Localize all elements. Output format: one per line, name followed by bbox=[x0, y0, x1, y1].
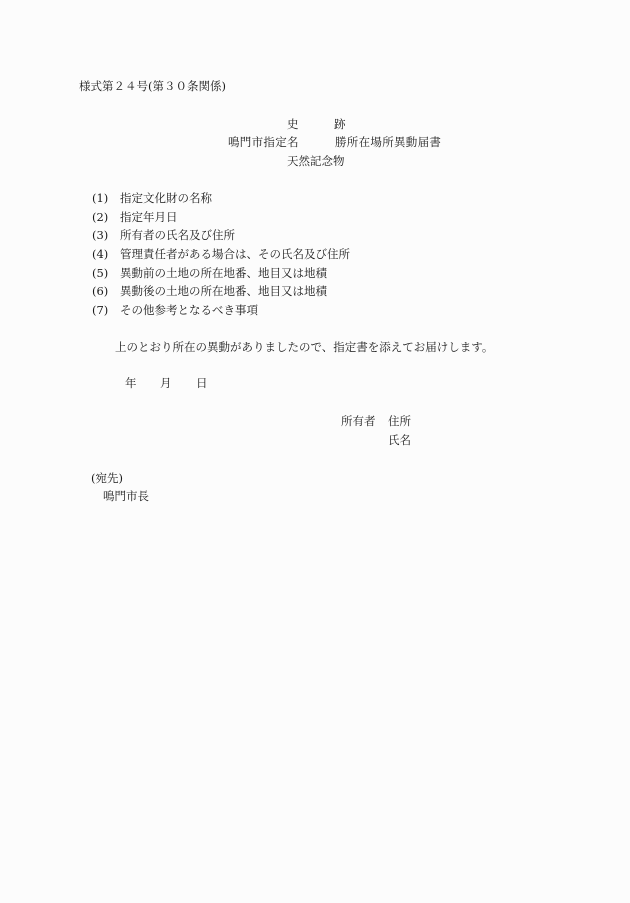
title-shiseki-left: 史 bbox=[287, 119, 299, 131]
item-number: (4) bbox=[92, 249, 120, 261]
item-number: (1) bbox=[92, 193, 120, 205]
owner-label: 所有者 bbox=[341, 416, 376, 428]
title-shiseki-right: 跡 bbox=[334, 119, 346, 131]
list-item: (7)その他参考となるべき事項 bbox=[92, 305, 258, 317]
list-item: (6)異動後の土地の所在地番、地目又は地積 bbox=[92, 286, 327, 298]
date-month: 月 bbox=[160, 378, 172, 390]
list-item: (2)指定年月日 bbox=[92, 212, 178, 224]
date-year: 年 bbox=[125, 378, 137, 390]
owner-address-label: 住所 bbox=[388, 416, 411, 428]
date-day: 日 bbox=[196, 378, 208, 390]
list-item: (5)異動前の土地の所在地番、地目又は地積 bbox=[92, 268, 327, 280]
item-text: 指定文化財の名称 bbox=[120, 191, 212, 205]
list-item: (1)指定文化財の名称 bbox=[92, 193, 212, 205]
item-number: (6) bbox=[92, 286, 120, 298]
item-text: その他参考となるべき事項 bbox=[120, 303, 258, 317]
title-tennen-kinenbutsu: 天然記念物 bbox=[287, 156, 345, 168]
item-text: 異動後の土地の所在地番、地目又は地積 bbox=[120, 284, 327, 298]
title-prefix: 鳴門市指定名 bbox=[228, 137, 299, 149]
list-item: (3)所有者の氏名及び住所 bbox=[92, 230, 235, 242]
addressee-label: (宛先) bbox=[91, 473, 123, 485]
statement-paragraph: 上のとおり所在の異動がありましたので、指定書を添えてお届けします。 bbox=[115, 342, 493, 354]
addressee-name: 鳴門市長 bbox=[103, 491, 149, 503]
item-number: (3) bbox=[92, 230, 120, 242]
form-number: 様式第２４号(第３０条関係) bbox=[79, 81, 226, 93]
owner-name-label: 氏名 bbox=[388, 435, 411, 447]
title-suffix: 勝所在場所異動届書 bbox=[335, 137, 441, 149]
item-text: 指定年月日 bbox=[120, 210, 178, 224]
item-number: (7) bbox=[92, 305, 120, 317]
item-number: (5) bbox=[92, 268, 120, 280]
item-text: 所有者の氏名及び住所 bbox=[120, 228, 235, 242]
item-text: 管理責任者がある場合は、その氏名及び住所 bbox=[120, 247, 350, 261]
list-item: (4)管理責任者がある場合は、その氏名及び住所 bbox=[92, 249, 350, 261]
item-number: (2) bbox=[92, 212, 120, 224]
item-text: 異動前の土地の所在地番、地目又は地積 bbox=[120, 266, 327, 280]
